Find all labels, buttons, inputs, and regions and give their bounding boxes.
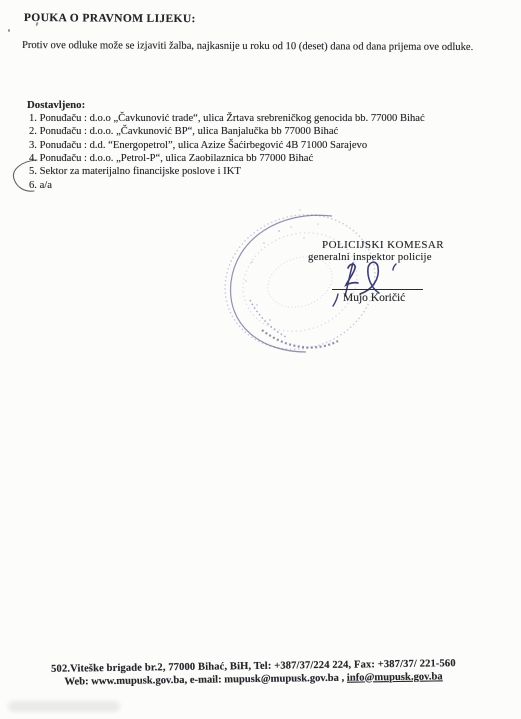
distribution-item: 6. a/a xyxy=(29,179,499,192)
distribution-item: 4. Ponuđaču : d.o.o. „Petrol-P“, ulica Z… xyxy=(29,152,499,165)
distribution-item: 5. Sektor za materijalno financijske pos… xyxy=(29,165,499,178)
legal-remedy-heading: POUKA O PRAVNOM LIJEKU: xyxy=(24,12,196,25)
letterhead-footer: 502.Viteške brigade br.2, 77000 Bihać, B… xyxy=(0,657,514,688)
round-official-stamp-icon xyxy=(206,194,394,370)
distribution-list: 1. Ponuđaču : d.o.o „Čavkunović trade“, … xyxy=(29,112,499,192)
signer-subtitle: generalni inspektor policije xyxy=(308,251,432,263)
footer-web-prefix: Web: www.mupusk.gov.ba, e-mail: mupusk@m… xyxy=(64,672,347,687)
signer-name: Mujo Koričić xyxy=(343,292,405,304)
footer-email: info@mupusk.gov.ba xyxy=(347,671,443,683)
distribution-item: 3. Ponuđaču : d.d. “Energopetrol”, ulica… xyxy=(29,139,499,152)
signature-line xyxy=(332,289,423,290)
signer-title: POLICIJSKI KOMESAR xyxy=(322,239,444,251)
scan-speck xyxy=(8,29,10,32)
legal-remedy-body: Protiv ove odluke može se izjaviti žalba… xyxy=(22,39,488,55)
distribution-item: 1. Ponuđaču : d.o.o „Čavkunović trade“, … xyxy=(29,112,499,125)
scanned-document-page: POUKA O PRAVNOM LIJEKU: Protiv ove odluk… xyxy=(0,0,521,719)
distribution-item: 2. Ponuđaču : d.o.o. „Čavkunović BP“, ul… xyxy=(29,125,499,138)
distribution-heading: Dostavljeno: xyxy=(27,99,85,111)
scan-smudge xyxy=(8,701,120,712)
